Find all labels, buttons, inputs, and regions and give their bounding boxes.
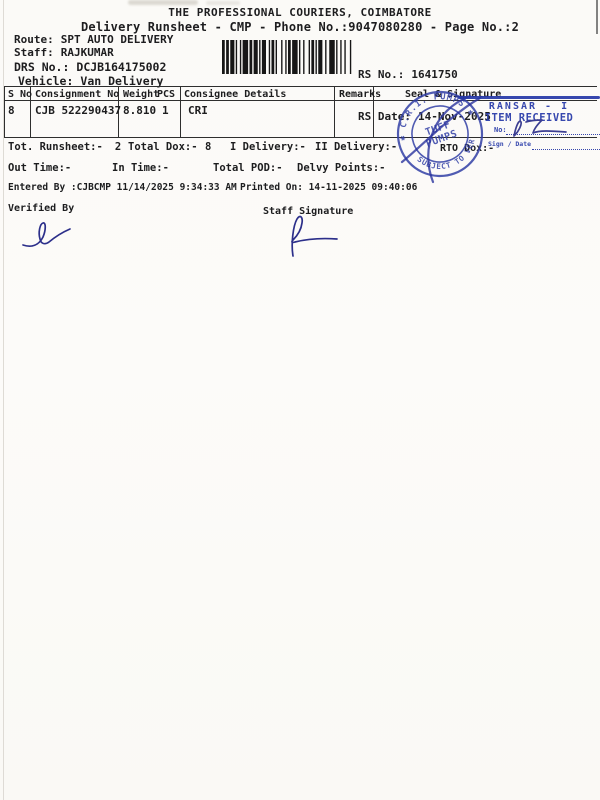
ii-delivery-label: II Delivery:- [315,141,397,153]
table-col-line [334,86,335,137]
staff-signature [283,214,341,258]
verified-by-signature [20,217,72,251]
table-col-line [180,86,181,137]
route-line: Route:SPT AUTO DELIVERY [14,33,173,46]
out-time-label: Out Time:- [8,162,71,174]
total-pod-label: Total POD:- [213,162,283,174]
scan-smudge [128,0,198,5]
row-consignment: CJB 522290437 [35,104,121,117]
company-title: THE PROFESSIONAL COURIERS, COIMBATORE [0,6,600,19]
rs-no-label: RS No.: [358,68,404,81]
col-header-remarks: Remarks [339,89,381,100]
route-value: SPT AUTO DELIVERY [61,33,174,46]
route-label: Route: [14,33,54,46]
table-col-line [4,86,5,137]
row-sno: 8 [8,104,15,117]
staff-label: Staff: [14,46,54,59]
col-header-pcs: PCS [157,89,175,100]
total-dox-label: Total Dox:- [128,141,198,153]
stamp-top-border [458,96,600,99]
barcode [222,40,354,74]
col-header-sno: S No [8,89,32,100]
col-header-consignment: Consignment No [35,89,119,100]
row-consignee: CRI [188,104,208,117]
row-weight: 8.810 [123,104,156,117]
staff-line: Staff:RAJKUMAR [14,46,114,59]
row-pcs: 1 [162,104,169,117]
in-time-label: In Time:- [112,162,169,174]
tot-runsheet-value: 2 [115,141,121,153]
document-subtitle: Delivery Runsheet - CMP - Phone No.:9047… [0,20,600,34]
i-delivery-label: I Delivery:- [230,141,306,153]
received-sign-date-label: Sign / Date [488,140,531,148]
verified-by-label: Verified By [8,203,74,214]
tot-runsheet-label: Tot. Runsheet:- [8,141,103,153]
total-dox-value: 8 [205,141,211,153]
drs-value: DCJB164175002 [76,60,166,74]
rs-no-line: RS No.:1641750 [358,68,491,82]
col-header-consignee: Consignee Details [184,89,286,100]
delvy-points-label: Delvy Points:- [297,162,386,174]
scan-smudge [206,1,240,5]
col-header-weight: Weight [123,89,159,100]
rs-no-value: 1641750 [411,68,457,81]
received-sign-line [532,149,600,150]
received-stamp-title: RANSAR - I [458,101,600,112]
item-received-stamp: RANSAR - I ITEM RECEIVED No: Sign / Date [458,94,600,158]
delivery-runsheet-document: THE PROFESSIONAL COURIERS, COIMBATORE De… [0,0,600,800]
entered-by: Entered By :CJBCMP 11/14/2025 9:34:33 AM [8,182,237,193]
drs-line: DRS No.:DCJB164175002 [14,60,166,74]
received-no-label: No: [494,126,507,134]
received-signature [508,112,572,140]
tot-runsheet: Tot. Runsheet:-2 [8,141,121,153]
staff-value: RAJKUMAR [61,46,114,59]
drs-label: DRS No.: [14,60,69,74]
